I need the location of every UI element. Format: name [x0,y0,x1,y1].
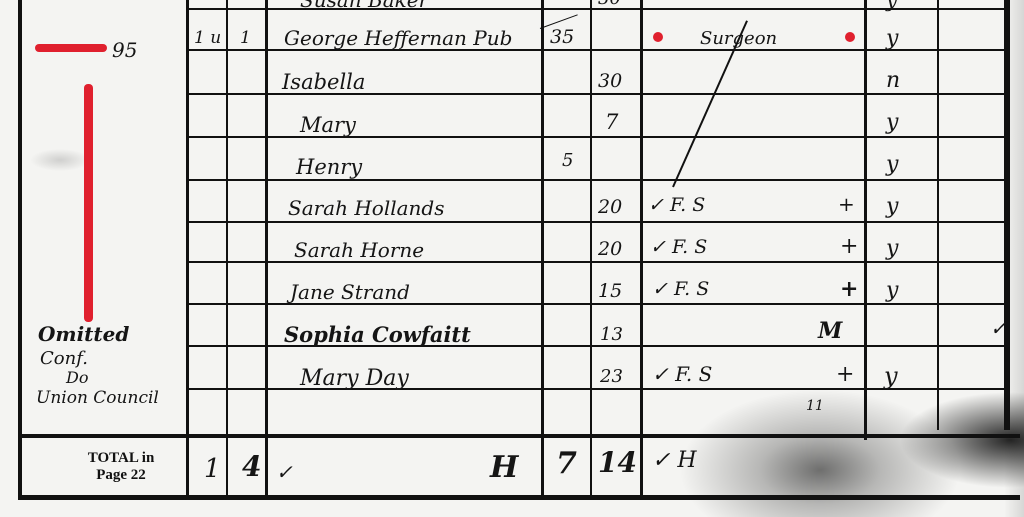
margin-note-line-4: Union Council [36,388,159,408]
mark-cell: + [838,192,855,216]
age-female-cell: 23 [600,366,623,387]
born-county-cell: y [884,362,898,390]
totals-top-line [20,434,1020,438]
margin-number: 95 [112,38,137,62]
name-cell: George Heffernan Pub [284,26,512,50]
column-line-age-female [640,0,643,497]
mark-cell: + [840,276,858,302]
mark-cell: M [818,318,842,344]
age-female-cell: 30 [598,70,622,92]
name-cell: Sarah Horne [294,238,424,262]
column-line-a [226,0,228,497]
totals-bottom-line [20,495,1020,500]
census-page-scan: 95 Omitted Conf. Do Union Council Susan … [0,0,1024,517]
column-line-name [541,0,544,497]
total-age-female: 14 [598,446,637,479]
age-female-cell: 30 [598,0,621,9]
age-female-cell: 15 [598,280,622,302]
name-cell: Henry [296,155,362,179]
row-line [188,221,1008,223]
name-cell: Jane Strand [290,280,410,304]
total-check-mark: ✓ [276,460,293,484]
scan-edge-shadow [1004,0,1024,517]
name-cell: Isabella [282,70,365,94]
total-age-male: 7 [556,446,577,481]
house-count-cell: 1 [240,28,251,48]
totals-label-line-1: TOTAL in [58,450,184,467]
born-county-cell: y [886,278,898,303]
age-male-cell: 35 [550,26,574,48]
name-cell: Mary Day [300,366,409,391]
column-line-b [265,0,268,497]
born-county-cell: y [886,0,897,12]
column-line-occupation [864,0,867,440]
born-county-cell: y [886,110,898,135]
red-horizontal-marker [35,44,107,52]
mark-cell: 11 [806,398,824,414]
occupation-cell: ✓ F. S [650,236,707,258]
total-houses-count: 4 [242,450,261,483]
house-inhabited-cell: 1 u [194,28,221,48]
born-county-cell: n [886,68,900,93]
name-cell: Mary [300,113,356,137]
name-cell: Susan Baker [300,0,428,12]
totals-label: TOTAL in Page 22 [58,450,184,484]
born-county-cell: y [886,194,898,219]
age-male-cell: 5 [562,150,573,171]
born-county-cell: y [886,152,898,177]
mark-cell: + [840,234,858,259]
column-line-county [937,0,939,430]
born-county-cell: y [886,236,898,261]
occupation-cell: ✓ F. S [652,362,712,386]
age-female-cell: 7 [605,110,618,134]
born-county-cell: y [886,26,898,51]
age-female-cell: 20 [598,238,622,260]
row-line [188,179,1008,181]
margin-note-line-2: Conf. [40,348,88,369]
red-vertical-marker [84,84,93,322]
left-border-line [18,0,22,500]
name-cell: Sarah Hollands [288,196,445,220]
total-occupation: ✓ H [652,448,697,473]
age-female-cell: 13 [600,324,623,345]
occupation-cell: ✓ F. S [648,194,705,216]
margin-note-line-3: Do [66,368,88,387]
red-dot-right [845,32,855,42]
mark-cell: + [836,362,854,387]
red-dot-left [653,32,663,42]
name-cell: Sophia Cowfaitt [284,322,471,347]
margin-note-line-1: Omitted [38,322,129,346]
total-houses-inhabited: 1 [204,454,221,484]
total-name-mark: H [490,450,518,485]
column-line-age-male [590,0,592,497]
column-line-margin [186,0,189,497]
occupation-cell: ✓ F. S [652,278,709,300]
totals-label-line-2: Page 22 [58,467,184,484]
age-female-cell: 20 [598,196,622,218]
